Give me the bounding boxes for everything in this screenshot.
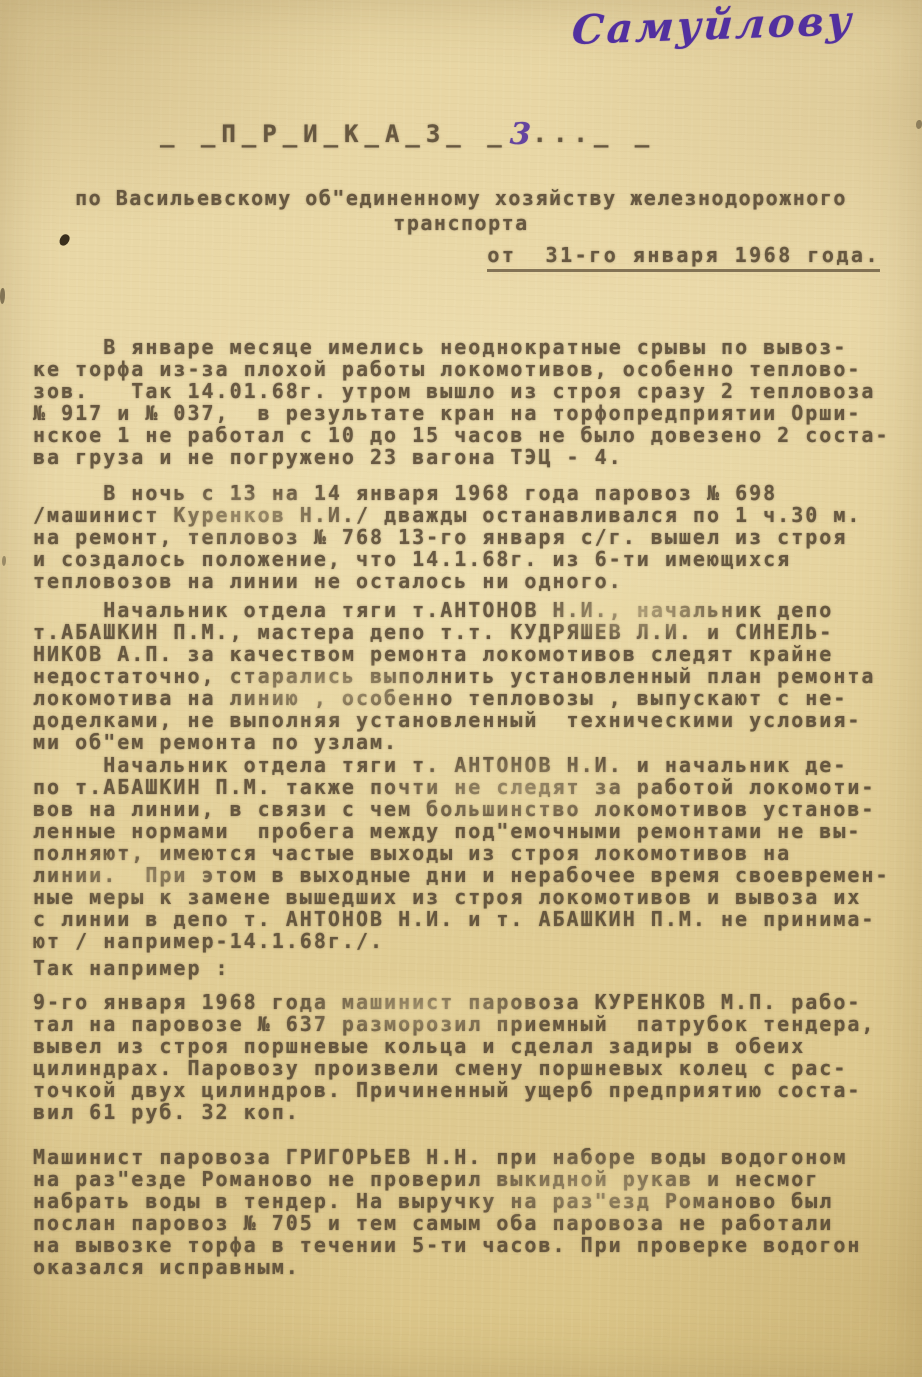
paper-edge-mark [0, 288, 5, 304]
paragraph-night-breakdowns: В ночь с 13 на 14 января 1968 года паров… [33, 482, 903, 592]
handwritten-addressee-note: Самуйлову [570, 0, 855, 54]
title-typed-dots: ..._ _ [533, 120, 656, 148]
paper-edge-mark [2, 556, 6, 566]
paragraph-january-disruptions: В январе месяце имелись неоднократные ср… [33, 336, 903, 468]
paragraph-supervision-failures: Начальник отдела тяги т. АНТОНОВ Н.И. и … [33, 754, 903, 952]
scanned-document-page: { "document": { "handwritten_note": "Сам… [0, 0, 922, 1377]
document-date: от 31-го января 1968 года. [487, 243, 880, 272]
paper-edge-mark [916, 120, 922, 129]
paragraph-grigoryev-incident: Машинист паровоза ГРИГОРЬЕВ Н.Н. при наб… [33, 1146, 903, 1278]
paragraph-kurenkov-incident: 9-го января 1968 года машинист паровоза … [33, 991, 903, 1123]
document-title: _ _П_Р_И_К_А_З_ _3..._ _ [160, 118, 780, 149]
handwritten-order-number: 3 [509, 119, 531, 150]
paragraph-repair-quality: Начальник отдела тяги т.АНТОНОВ Н.И., на… [33, 599, 903, 753]
document-subtitle: по Васильевскому об"единенному хозяйству… [0, 186, 922, 236]
paragraph-examples-heading: Так например : [33, 957, 903, 979]
title-typed-text: _ _П_Р_И_К_А_З_ _ [160, 120, 508, 148]
